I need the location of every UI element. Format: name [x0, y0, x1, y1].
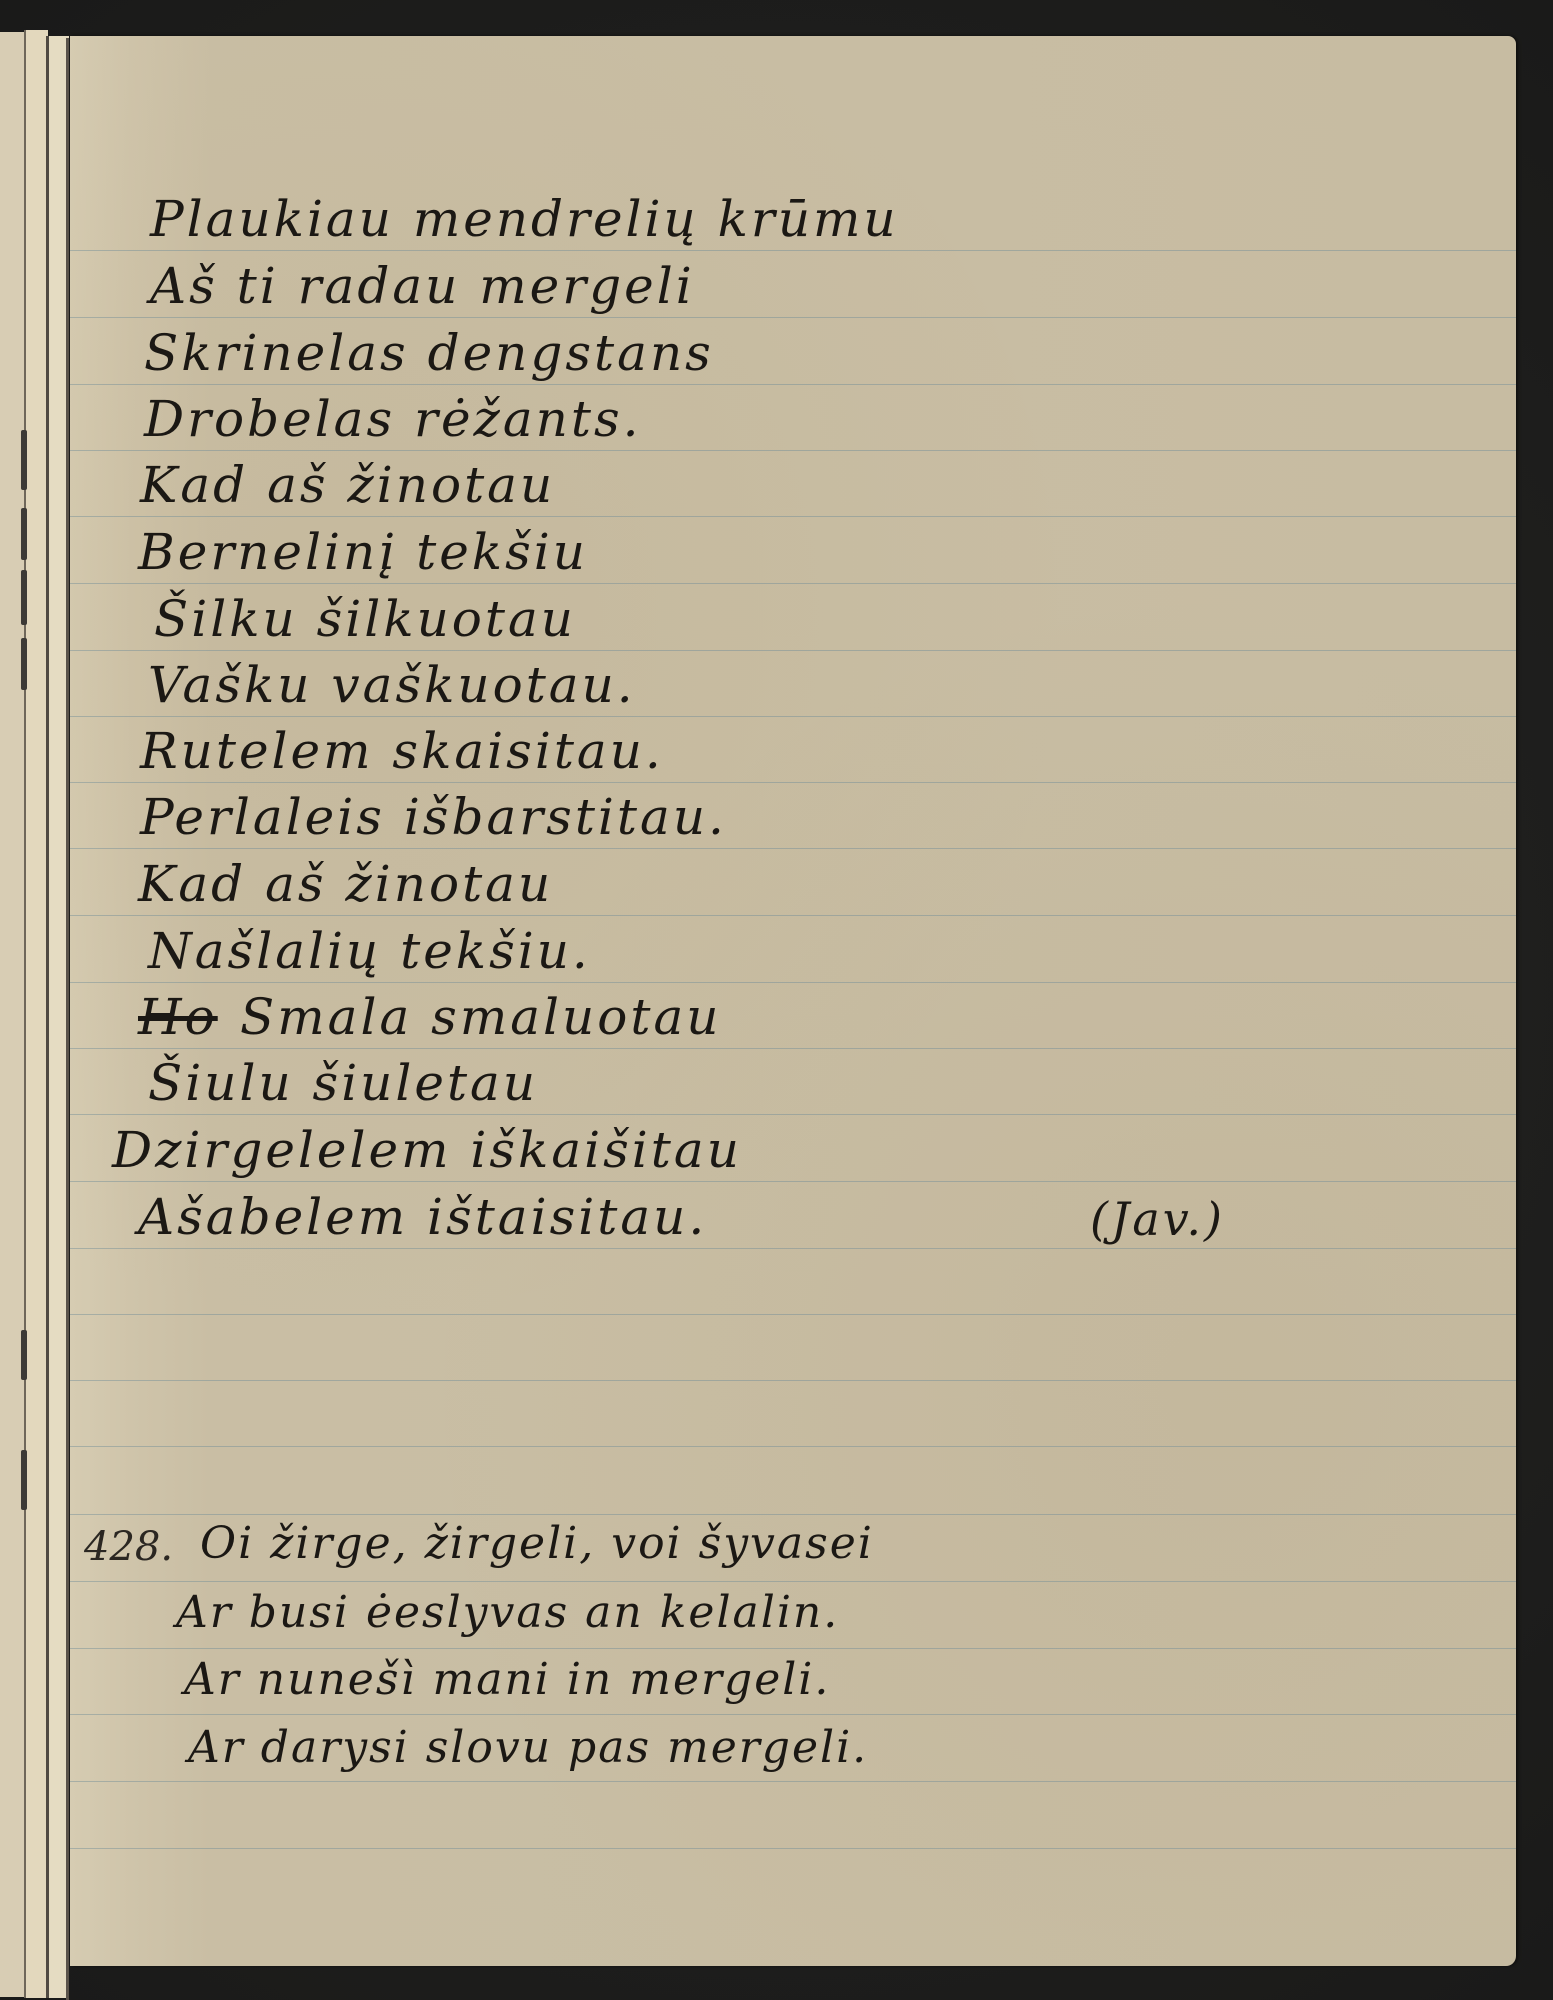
rule-line [70, 915, 1516, 916]
song-line: Bernelinį tekšiu [138, 527, 588, 577]
song-line: Vašku vaškuotau. [148, 660, 636, 710]
rule-line [70, 516, 1516, 517]
rule-line [70, 450, 1516, 451]
rule-line [70, 1248, 1516, 1249]
notebook-page: Plaukiau mendrelių krūmu Aš ti radau mer… [70, 36, 1516, 1966]
rule-line [70, 1781, 1516, 1782]
song-line: Plaukiau mendrelių krūmu [150, 194, 899, 244]
binding-clip [21, 570, 27, 625]
binding-clip [21, 1330, 27, 1380]
song-line: Oi žirge, žirgeli, voi šyvasei [200, 1522, 874, 1566]
song-line: Šiulu šiuletau [148, 1058, 538, 1108]
rule-line [70, 1181, 1516, 1182]
rule-line [70, 1714, 1516, 1715]
song-line: Skrinelas dengstans [144, 328, 714, 378]
song-line: Šilku šilkuotau [154, 594, 576, 644]
rule-line [70, 716, 1516, 717]
rule-line [70, 782, 1516, 783]
song-line: Kad aš žinotau [138, 859, 553, 909]
rule-line [70, 1380, 1516, 1381]
binding-gutter [66, 38, 69, 2000]
binding-strip [24, 30, 48, 1998]
song-line: Ar busi ėeslyvas an kelalin. [176, 1591, 839, 1635]
song-line: Kad aš žinotau [140, 460, 555, 510]
rule-line [70, 1648, 1516, 1649]
binding-clip [21, 430, 27, 490]
rule-line [70, 1048, 1516, 1049]
rule-line [70, 848, 1516, 849]
song-line: Ašabelem ištaisitau. [138, 1192, 707, 1242]
entry-number: 428. [84, 1524, 173, 1570]
rule-line [70, 583, 1516, 584]
song-line: Drobelas rėžants. [144, 394, 642, 444]
rule-line [70, 317, 1516, 318]
source-note: (Jav.) [1090, 1192, 1225, 1246]
song-line: Ar nunešì mani in mergeli. [184, 1658, 830, 1702]
rule-line [70, 1848, 1516, 1849]
rule-line [70, 384, 1516, 385]
song-line: Aš ti radau mergeli [150, 261, 695, 311]
song-line: Rutelem skaisitau. [140, 726, 664, 776]
binding-clip [21, 508, 27, 560]
song-line: Perlaleis išbarstitau. [140, 792, 727, 842]
rule-line [70, 1446, 1516, 1447]
rule-line [70, 1314, 1516, 1315]
rule-line [70, 650, 1516, 651]
struck-word: Ho [138, 992, 218, 1042]
notebook-binding [0, 30, 80, 1990]
song-line: Ar darysi slovu pas mergeli. [188, 1726, 868, 1770]
rule-line [70, 250, 1516, 251]
previous-page-edge [0, 32, 25, 1997]
rule-line [70, 982, 1516, 983]
rule-line [70, 1514, 1516, 1515]
binding-clip [21, 1450, 27, 1510]
song-line: Smala smaluotau [240, 992, 721, 1042]
song-line: Našlalių tekšiu. [148, 926, 591, 976]
song-line: Dzirgelelem iškaišitau [112, 1125, 742, 1175]
rule-line [70, 1114, 1516, 1115]
binding-clip [21, 638, 27, 690]
rule-line [70, 1581, 1516, 1582]
